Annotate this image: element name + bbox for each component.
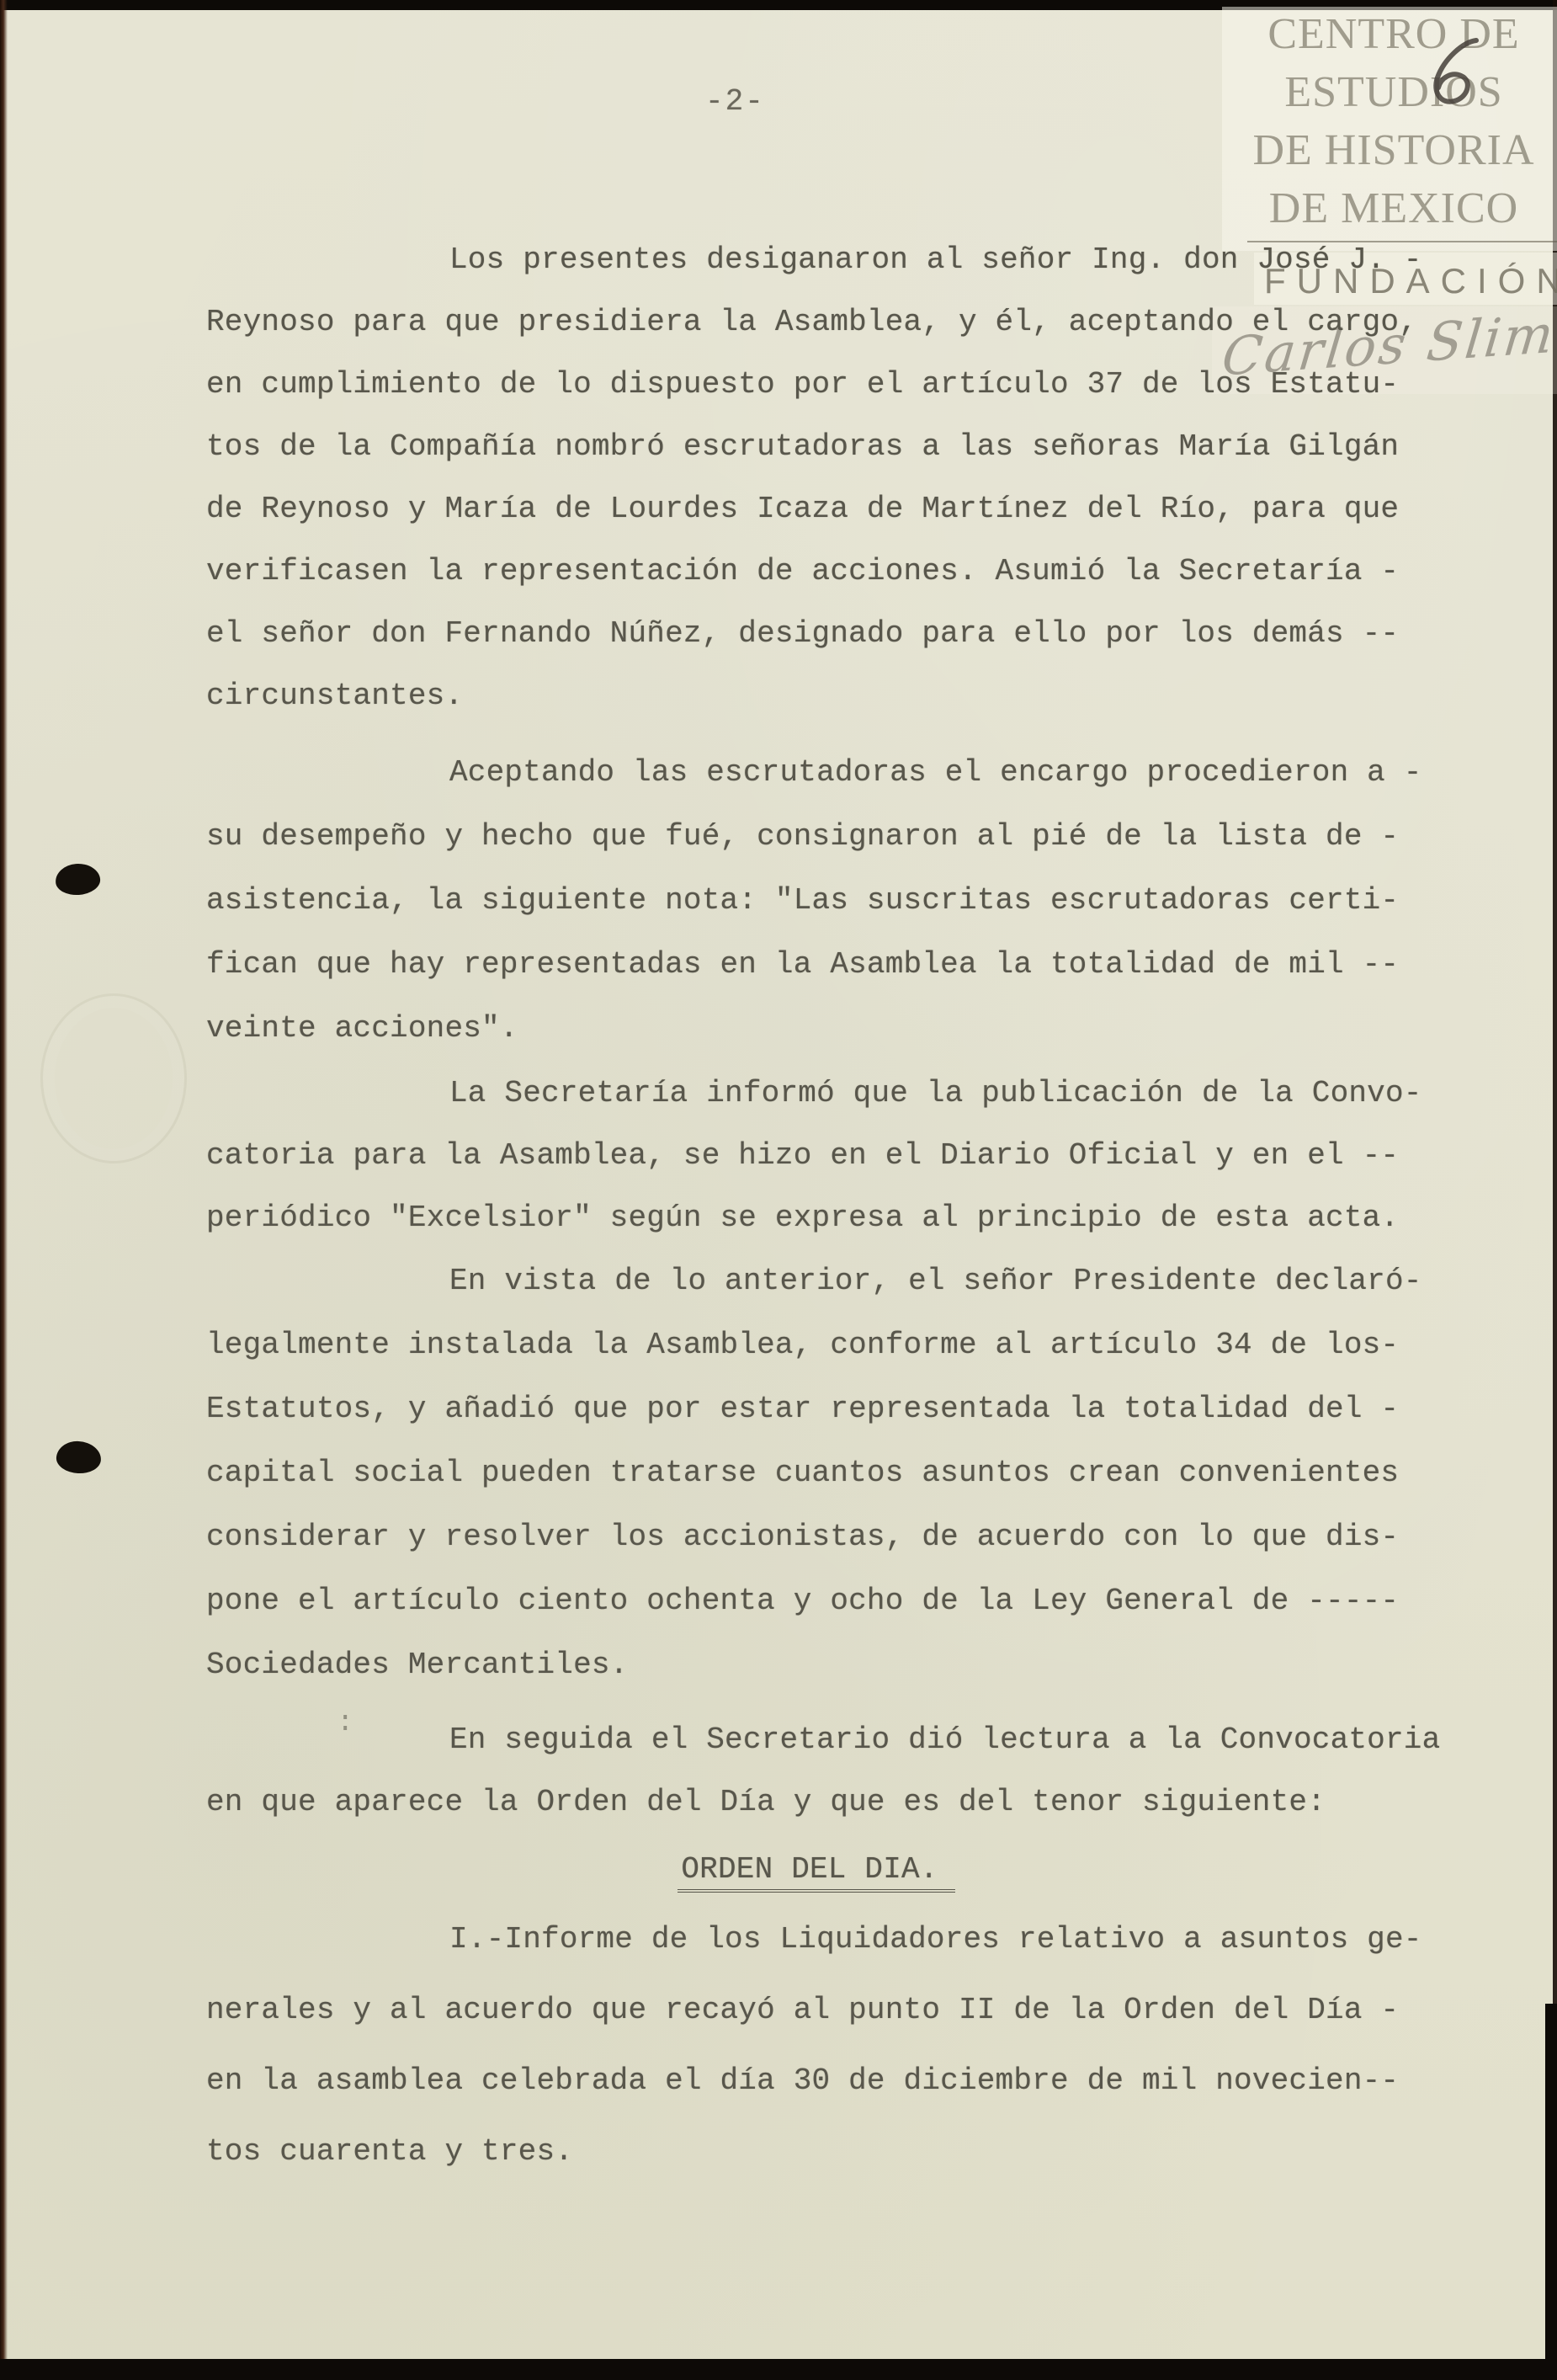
text-line: legalmente instalada la Asamblea, confor… — [206, 1313, 1427, 1377]
scanned-document-page: CENTRO DEESTUDIOSDE HISTORIADE MEXICO FU… — [0, 0, 1557, 2380]
text-line: Reynoso para que presidiera la Asamblea,… — [206, 291, 1427, 354]
text-line: verificasen la representación de accione… — [206, 540, 1427, 603]
text-line: circunstantes. — [206, 665, 1427, 727]
watermark-line: CENTRO DE — [1230, 5, 1557, 63]
text-line: En vista de lo anterior, el señor Presid… — [206, 1249, 1427, 1313]
hole-punch-top — [55, 862, 101, 897]
embossed-seal — [40, 993, 187, 1163]
paragraph: En seguida el Secretario dió lectura a l… — [206, 1709, 1427, 1834]
page-number: -2- — [705, 84, 765, 119]
scan-edge-right-lower — [1545, 2004, 1557, 2380]
text-line: tos cuarenta y tres. — [206, 2116, 1427, 2187]
heading-line: ORDEN DEL DIA. — [206, 1839, 1427, 1901]
scan-edge-bottom — [0, 2359, 1557, 2380]
text-line: en la asamblea celebrada el día 30 de di… — [206, 2046, 1427, 2116]
text-line: su desempeño y hecho que fué, consignaro… — [206, 805, 1427, 869]
text-line: el señor don Fernando Núñez, designado p… — [206, 603, 1427, 665]
text-line: considerar y resolver los accionistas, d… — [206, 1505, 1427, 1569]
hole-punch-bottom — [56, 1440, 102, 1475]
handwritten-number-6 — [1421, 35, 1501, 116]
text-line: en que aparece la Orden del Día y que es… — [206, 1771, 1427, 1834]
text-line: fican que hay representadas en la Asambl… — [206, 933, 1427, 997]
text-line: pone el artículo ciento ochenta y ocho d… — [206, 1569, 1427, 1633]
watermark-line: DE HISTORIA — [1230, 121, 1557, 179]
text-line: de Reynoso y María de Lourdes Icaza de M… — [206, 478, 1427, 540]
section-heading: ORDEN DEL DIA. — [206, 1839, 1427, 1901]
watermark-line: ESTUDIOS — [1230, 63, 1557, 121]
text-line: periódico "Excelsior" según se expresa a… — [206, 1187, 1427, 1249]
text-line: En seguida el Secretario dió lectura a l… — [206, 1709, 1427, 1771]
text-line: Estatutos, y añadió que por estar repres… — [206, 1377, 1427, 1441]
text-line: La Secretaría informó que la publicación… — [206, 1062, 1427, 1125]
paragraph: I.-Informe de los Liquidadores relativo … — [206, 1904, 1427, 2187]
text-line: Sociedades Mercantiles. — [206, 1633, 1427, 1697]
paragraph: Aceptando las escrutadoras el encargo pr… — [206, 741, 1427, 1061]
text-line: en cumplimiento de lo dispuesto por el a… — [206, 354, 1427, 416]
text-line: nerales y al acuerdo que recayó al punto… — [206, 1975, 1427, 2046]
text-line: veinte acciones". — [206, 997, 1427, 1061]
text-line: capital social pueden tratarse cuantos a… — [206, 1441, 1427, 1505]
paragraph: La Secretaría informó que la publicación… — [206, 1062, 1427, 1249]
text-line: catoria para la Asamblea, se hizo en el … — [206, 1125, 1427, 1187]
scan-edge-left — [0, 0, 8, 2380]
text-line: I.-Informe de los Liquidadores relativo … — [206, 1904, 1427, 1975]
text-line: asistencia, la siguiente nota: "Las susc… — [206, 869, 1427, 933]
text-column: Los presentes desiganaron al señor Ing. … — [206, 229, 1427, 2187]
text-line: tos de la Compañía nombró escrutadoras a… — [206, 416, 1427, 478]
text-line: Los presentes desiganaron al señor Ing. … — [206, 229, 1427, 291]
watermark-archive-name: CENTRO DEESTUDIOSDE HISTORIADE MEXICO — [1230, 5, 1557, 237]
text-line: Aceptando las escrutadoras el encargo pr… — [206, 741, 1427, 805]
paragraph: En vista de lo anterior, el señor Presid… — [206, 1249, 1427, 1697]
paragraph: Los presentes desiganaron al señor Ing. … — [206, 229, 1427, 727]
